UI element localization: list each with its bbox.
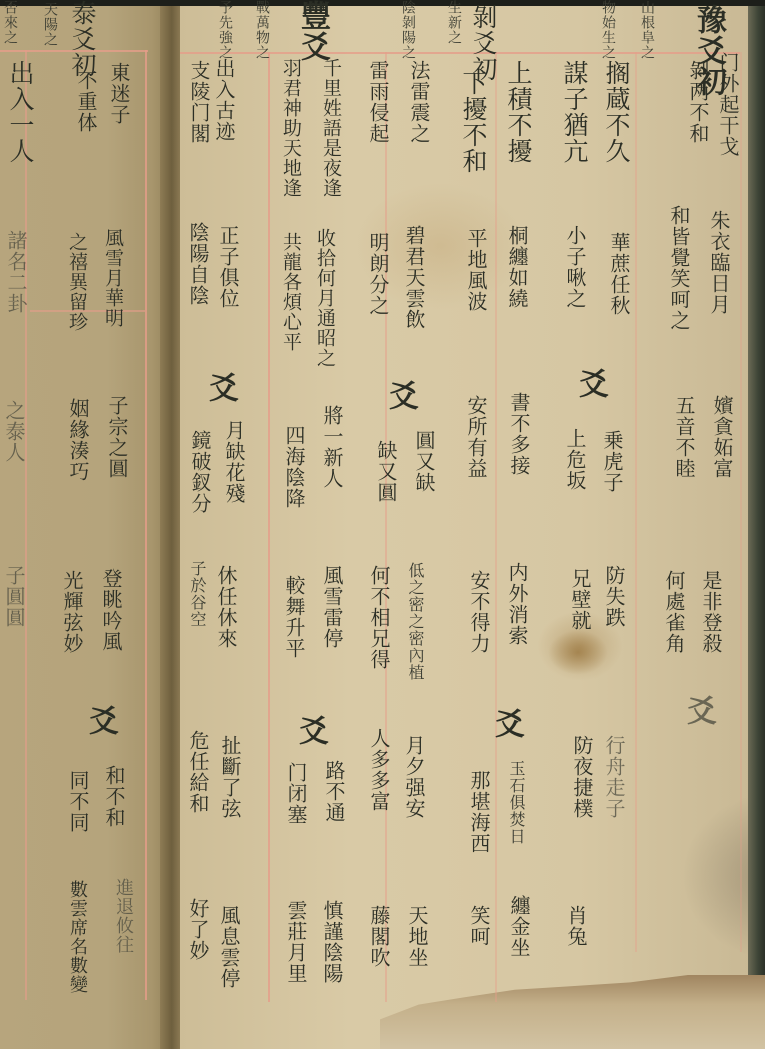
text-column: 子宗之圓 [103, 395, 132, 479]
text-column: 月缺花殘 [220, 420, 249, 504]
text-column: 笑呵 [465, 905, 494, 947]
text-column: 防夜捷樸 [568, 735, 597, 819]
text-column: 共龍各煩心平 [278, 232, 305, 352]
heading-note: 予先強之 [215, 0, 235, 60]
text-column: 不重体 [72, 70, 101, 133]
text-column: 風雪雷停 [318, 565, 347, 649]
text-column: 較舞升平 [280, 575, 309, 659]
text-column: 進退攸往 [110, 878, 136, 954]
text-column: 防失跌 [600, 565, 629, 628]
text-column: 法雷震之 [405, 60, 434, 144]
text-column: 慎謹陰陽 [318, 900, 347, 984]
text-column: 雲莊月里 [282, 900, 311, 984]
text-column: 風雪月華明 [100, 228, 127, 328]
text-column: 门外起干戈 [714, 52, 743, 157]
yao-mark: 爻 [198, 372, 242, 403]
text-column: 和不和 [100, 765, 129, 828]
heading-note: 物始生之 [598, 0, 618, 60]
text-column: 好了妙 [184, 898, 213, 961]
text-column: 是非登殺 [697, 570, 726, 654]
heading-note: 否來之 [0, 0, 20, 45]
water-stain [548, 630, 608, 675]
text-column: 明朗分之 [364, 232, 393, 316]
text-column: 纏金坐 [505, 895, 534, 958]
heading-note: 戰萬物之 [252, 0, 272, 60]
text-column: 路不通 [320, 760, 349, 823]
yao-mark: 爻 [568, 368, 612, 399]
text-column: 風息雲停 [215, 905, 244, 989]
text-column: 上積不擾 [500, 60, 536, 164]
text-column: 將一新人 [318, 405, 347, 489]
text-column: 陰陽自陰 [184, 222, 213, 306]
text-column: 那堪海西 [465, 770, 494, 854]
heading-title: 豐爻 [290, 0, 334, 62]
text-column: 數雲席名數變 [64, 880, 90, 994]
column-rule [495, 52, 497, 1002]
text-column: 门闭塞 [282, 762, 311, 825]
text-column: 月夕强安 [400, 735, 429, 819]
text-column: 扯斷了弦 [216, 735, 245, 819]
text-column: 之泰人 [0, 400, 29, 463]
column-rule [145, 50, 147, 1000]
text-column: 下擾不和 [455, 70, 491, 174]
text-column: 天地坐 [403, 905, 432, 968]
column-rule [740, 52, 742, 952]
text-column: 出入一人 [2, 60, 38, 164]
text-column: 五音不睦 [670, 395, 699, 479]
text-column: 缺又圓 [372, 440, 401, 503]
text-column: 内外消索 [503, 562, 532, 646]
yao-mark: 爻 [378, 380, 422, 411]
column-rule [635, 52, 637, 952]
heading-title: 泰爻初 [64, 0, 100, 78]
heading-note: 陰剝陽之 [398, 0, 418, 60]
text-column: 鏡破釵分 [186, 430, 215, 514]
text-column: 安所有益 [462, 395, 491, 479]
heading-note: 山根阜之 [637, 0, 657, 60]
text-column: 收拾何月通昭之 [312, 228, 339, 368]
text-column: 行舟走子 [600, 735, 629, 819]
text-column: 乗虎子 [598, 430, 627, 493]
text-column: 嬪貪妬富 [708, 395, 737, 479]
text-column: 圓又缺 [410, 430, 439, 493]
text-column: 東迷子 [105, 62, 134, 125]
heading-note: 天陽之 [40, 2, 60, 47]
text-column: 剝两不和 [684, 60, 713, 144]
text-column: 休任休來 [212, 565, 241, 649]
text-column: 藤閣吹 [365, 905, 394, 968]
text-column: 子於谷空 [186, 560, 209, 628]
text-column: 光輝弦妙 [58, 570, 87, 654]
column-rule [268, 52, 270, 1002]
text-column: 碧君天雲飲 [400, 225, 429, 330]
column-rule [385, 52, 387, 1002]
text-column: 出入古迹 [210, 58, 239, 142]
yao-mark: 爻 [484, 708, 528, 739]
text-column: 低之密之密內植 [404, 562, 427, 681]
text-column: 羽君神助天地逢 [278, 58, 305, 198]
text-column: 朱衣臨日月 [705, 210, 734, 315]
text-column: 同不同 [64, 770, 93, 833]
text-column: 和皆覺笑呵之 [665, 205, 694, 331]
text-column: 諸名二卦 [2, 230, 31, 314]
text-column: 子圓圓 [0, 565, 29, 628]
heading-note: 生新之 [444, 0, 464, 45]
text-column: 上危坂 [561, 428, 590, 491]
text-column: 華蔗任秋 [605, 232, 634, 316]
text-column: 何處雀角 [660, 570, 689, 654]
text-column: 何不相兄得 [365, 565, 394, 670]
yao-mark: 爻 [676, 695, 720, 726]
text-column: 正子俱位 [214, 225, 243, 309]
column-rule [25, 50, 27, 1000]
text-column: 登眺吟風 [97, 568, 126, 652]
right-edge [748, 6, 765, 1049]
text-column: 四海陰降 [280, 425, 309, 509]
text-column: 平地風波 [462, 228, 491, 312]
text-column: 小子啾之 [561, 225, 590, 309]
text-column: 書不多接 [505, 392, 534, 476]
text-column: 支陵门閣 [185, 60, 214, 144]
yao-mark: 爻 [288, 715, 332, 746]
text-column: 雷雨侵起 [364, 60, 393, 144]
text-column: 肖兔 [562, 905, 591, 947]
yao-mark: 爻 [78, 705, 122, 736]
text-column: 之禧異留珍 [64, 232, 91, 332]
text-column: 姻緣湊巧 [64, 398, 93, 482]
text-column: 搁蔵不久 [598, 60, 634, 164]
text-column: 兄壁就 [566, 568, 595, 631]
text-column: 危任給和 [184, 730, 213, 814]
text-column: 玉石俱焚日 [505, 760, 528, 845]
text-column: 安不得力 [465, 570, 494, 654]
manuscript-scan: 豫爻初 物始生之 山根阜之 剝爻初 生新之 陰剝陽之 豐爻 戰萬物之 予先強之 … [0, 0, 765, 1049]
text-column: 謀子猶亢 [556, 60, 592, 164]
text-column: 千里姓語是夜逢 [318, 58, 345, 198]
text-column: 人多多富 [365, 728, 394, 812]
text-column: 桐纏如繞 [503, 225, 532, 309]
